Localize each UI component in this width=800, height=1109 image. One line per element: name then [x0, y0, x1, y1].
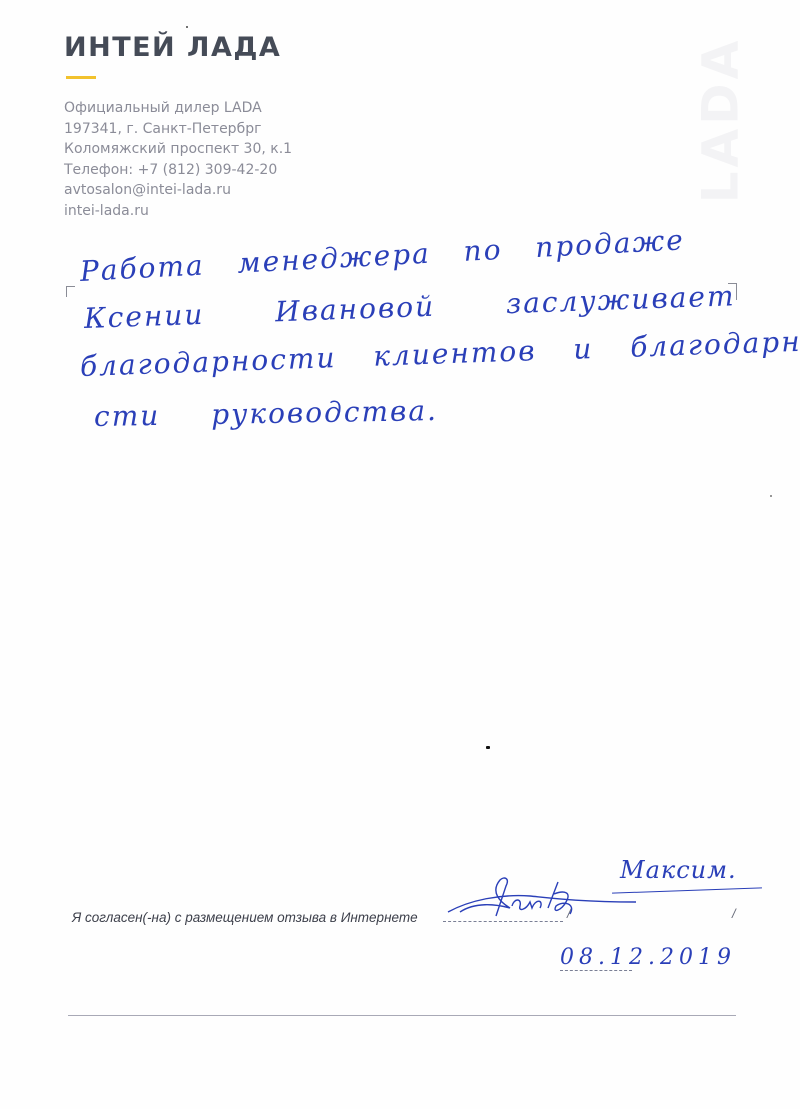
handwritten-signer-name: Максим.	[620, 856, 737, 884]
scan-speck	[486, 746, 490, 749]
dealer-contact-block: Официальный дилер LADA 197341, г. Санкт-…	[64, 98, 292, 221]
dealer-street-address: Коломяжский проспект 30, к.1	[64, 139, 292, 160]
review-line: благодарности клиентов и благодарно-	[79, 324, 800, 383]
review-line: сти руководства.	[94, 394, 438, 433]
bottom-divider	[68, 1015, 736, 1016]
dealer-postal-address: 197341, г. Санкт-Петербрг	[64, 119, 292, 140]
handwritten-date: 08.12.2019	[560, 945, 736, 970]
review-area-corner-top-left	[66, 286, 75, 297]
dealer-email: avtosalon@intei-lada.ru	[64, 180, 292, 201]
brand-accent-underline	[66, 76, 96, 79]
signature-scribble-icon	[440, 872, 640, 922]
scan-speck	[770, 495, 772, 497]
lada-watermark-text: LADA	[691, 37, 749, 204]
name-separator: /	[732, 906, 736, 921]
scan-speck	[186, 26, 188, 28]
review-line: Работа менеджера по продаже	[79, 223, 685, 288]
dealer-tagline: Официальный дилер LADA	[64, 98, 292, 119]
feedback-form-page: ИНТЕЙ ЛАДА Официальный дилер LADA 197341…	[0, 0, 800, 1109]
lada-watermark: LADA	[690, 40, 750, 200]
brand-title: ИНТЕЙ ЛАДА	[64, 34, 281, 61]
consent-label: Я согласен(-на) с размещением отзыва в И…	[72, 910, 418, 925]
handwritten-signature	[440, 872, 640, 922]
review-line: Ксении Ивановой заслуживает	[83, 279, 736, 335]
date-field-line	[560, 970, 632, 971]
dealer-phone: Телефон: +7 (812) 309-42-20	[64, 160, 292, 181]
dealer-website: intei-lada.ru	[64, 201, 292, 222]
